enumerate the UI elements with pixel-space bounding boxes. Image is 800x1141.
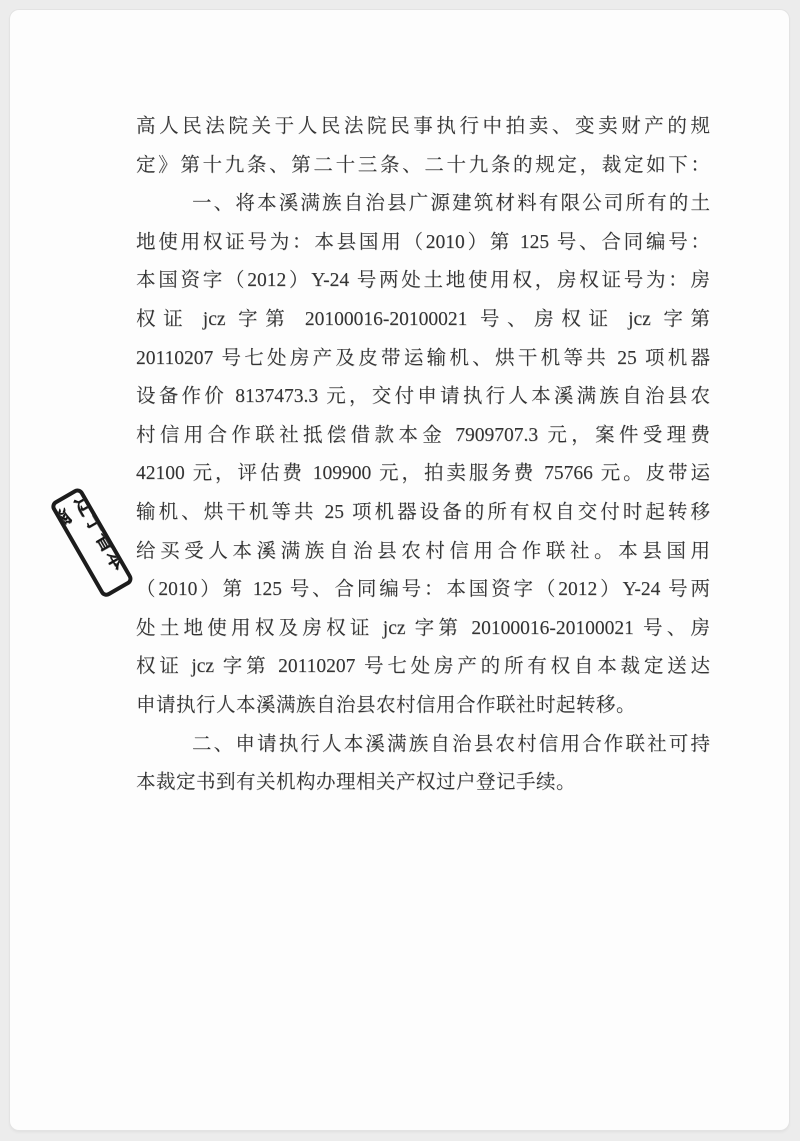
official-stamp: 辽宁省本溪 [49, 486, 135, 599]
document-line-6: 权证 jcz 字第 20100016-20100021 号、房权证 jcz 字第 [136, 301, 710, 340]
document-line-4: 地使用权证号为：本县国用（2010）第 125 号、合同编号： [136, 224, 710, 263]
document-line-1: 高人民法院关于人民法院民事执行中拍卖、变卖财产的规 [136, 108, 710, 147]
document-line-8: 设备作价 8137473.3 元，交付申请执行人本溪满族自治县农 [136, 378, 710, 417]
ruling-body-text: 高人民法院关于人民法院民事执行中拍卖、变卖财产的规 定》第十九条、第二十三条、二… [136, 108, 710, 803]
scanned-document-page: 辽宁省本溪 高人民法院关于人民法院民事执行中拍卖、变卖财产的规 定》第十九条、第… [10, 10, 789, 1130]
document-line-17: 二、申请执行人本溪满族自治县农村信用合作联社可持 [136, 726, 710, 765]
document-line-13: （2010）第 125 号、合同编号：本国资字（2012）Y-24 号两 [136, 571, 710, 610]
document-line-11: 输机、烘干机等共 25 项机器设备的所有权自交付时起转移 [136, 494, 710, 533]
document-line-14: 处土地使用权及房权证 jcz 字第 20100016-20100021 号、房 [136, 610, 710, 649]
document-line-12: 给买受人本溪满族自治县农村信用合作联社。本县国用 [136, 533, 710, 572]
document-line-7: 20110207 号七处房产及皮带运输机、烘干机等共 25 项机器 [136, 340, 710, 379]
document-line-18: 本裁定书到有关机构办理相关产权过户登记手续。 [136, 764, 710, 803]
document-line-10: 42100 元，评估费 109900 元，拍卖服务费 75766 元。皮带运 [136, 455, 710, 494]
official-stamp-text: 辽宁省本溪 [49, 488, 135, 599]
document-line-15: 权证 jcz 字第 20110207 号七处房产的所有权自本裁定送达 [136, 648, 710, 687]
document-line-16: 申请执行人本溪满族自治县农村信用合作联社时起转移。 [136, 687, 710, 726]
document-line-5: 本国资字（2012）Y-24 号两处土地使用权，房权证号为：房 [136, 262, 710, 301]
document-line-3: 一、将本溪满族自治县广源建筑材料有限公司所有的土 [136, 185, 710, 224]
document-line-9: 村信用合作联社抵偿借款本金 7909707.3 元，案件受理费 [136, 417, 710, 456]
document-line-2: 定》第十九条、第二十三条、二十九条的规定，裁定如下： [136, 147, 710, 186]
